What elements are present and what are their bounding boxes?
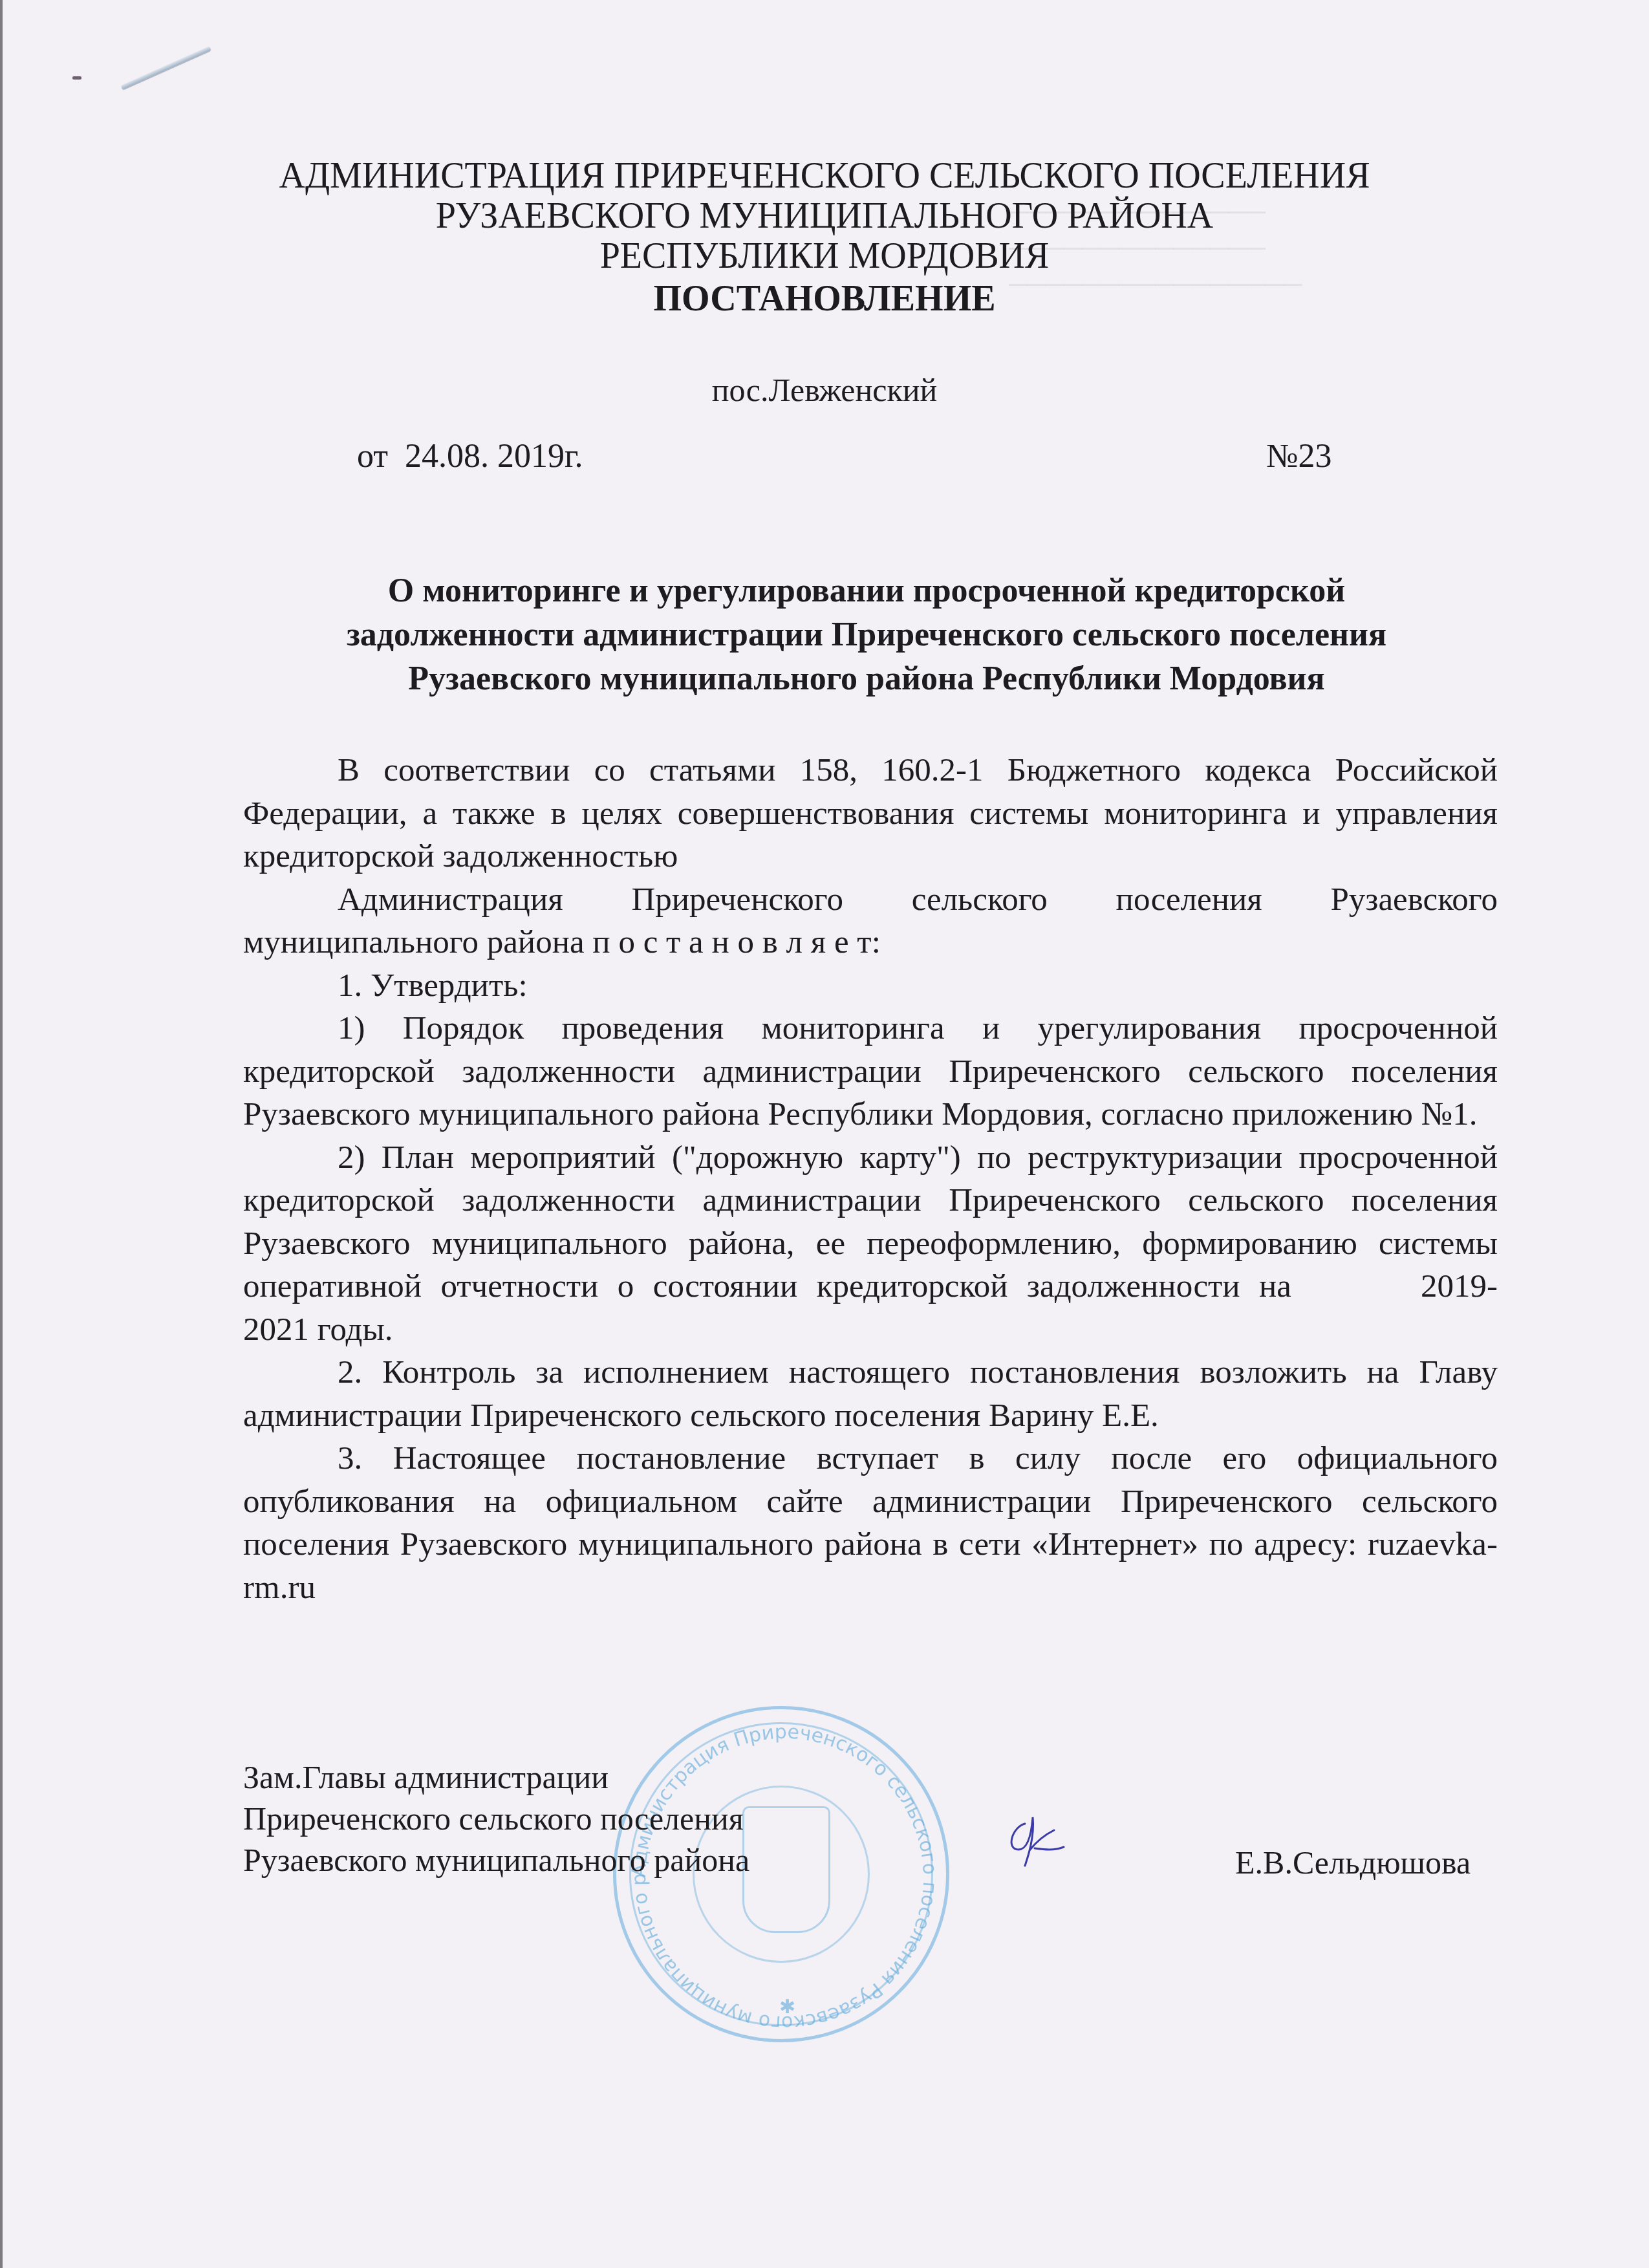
page-edge [0, 0, 3, 2268]
resolves-clause: Администрация Приреченского сельского по… [243, 878, 1498, 964]
scan-speck [72, 76, 81, 80]
position-line-2: Приреченского сельского поселения [243, 1798, 749, 1839]
item-2: 2. Контроль за исполнением настоящего по… [243, 1351, 1498, 1437]
header-line-1: АДМИНИСТРАЦИЯ ПРИРЕЧЕНСКОГО СЕЛЬСКОГО ПО… [0, 155, 1649, 197]
item-3: 3. Настоящее постановление вступает в си… [243, 1437, 1498, 1609]
signatory-position: Зам.Главы администрации Приреченского се… [243, 1756, 749, 1881]
header-line-3: РЕСПУБЛИКИ МОРДОВИЯ [0, 235, 1649, 277]
preamble: В соответствии со статьями 158, 160.2-1 … [243, 749, 1498, 878]
item-1: 1. Утвердить: [243, 964, 1498, 1008]
document-type: ПОСТАНОВЛЕНИЕ [0, 278, 1649, 319]
header-line-2: РУЗАЕВСКОГО МУНИЦИПАЛЬНОГО РАЙОНА [0, 195, 1649, 237]
resolves-word: п о с т а н о в л я е т: [592, 924, 880, 960]
coat-of-arms-icon [742, 1806, 830, 1933]
document-title: О мониторинге и урегулировании просрочен… [259, 569, 1474, 701]
staple-mark [121, 46, 211, 89]
position-line-1: Зам.Главы администрации [243, 1756, 749, 1798]
item-1-2-text: 2) План мероприятий ("дорожную карту") п… [243, 1139, 1498, 1305]
signatory-name: Е.В.Сельдюшова [1235, 1842, 1471, 1883]
title-line-1: О мониторинге и урегулировании просрочен… [259, 569, 1474, 613]
title-line-3: Рузаевского муниципального района Респуб… [259, 657, 1474, 701]
item-1-1: 1) Порядок проведения мониторинга и урег… [243, 1007, 1498, 1136]
item-1-2: 2) План мероприятий ("дорожную карту") п… [243, 1136, 1498, 1352]
document-body: В соответствии со статьями 158, 160.2-1 … [243, 749, 1498, 1609]
handwritten-signature-icon [999, 1804, 1070, 1875]
position-line-3: Рузаевского муниципального района [243, 1839, 749, 1881]
svg-text:✱: ✱ [779, 1996, 795, 2018]
title-line-2: задолженности администрации Приреченског… [259, 613, 1474, 657]
document-number: №23 [1266, 437, 1332, 475]
place-of-issue: пос.Левженский [0, 371, 1649, 409]
document-date: от 24.08. 2019г. [357, 437, 583, 475]
